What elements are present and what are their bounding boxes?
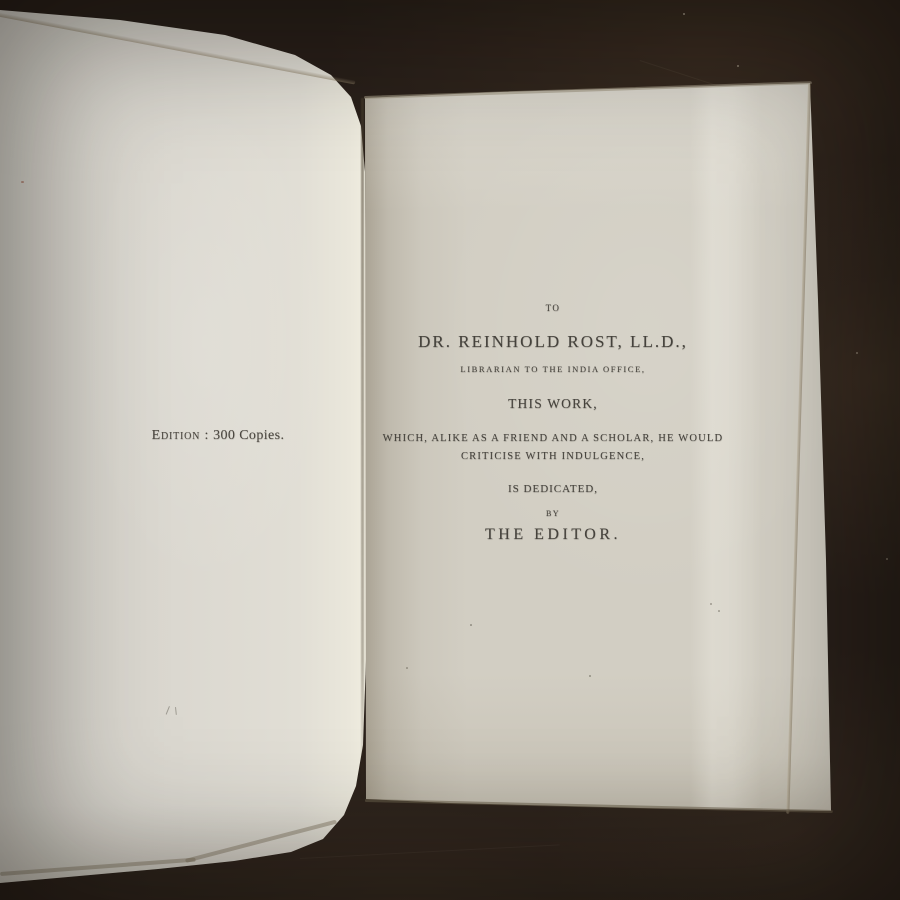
- dedication-by: BY: [353, 509, 753, 518]
- book-photo-scene: Edition : 300 Copies. TO DR. REINHOLD RO…: [0, 0, 900, 900]
- dedication-to: TO: [353, 303, 753, 313]
- dedication-dedicated: IS DEDICATED,: [353, 483, 753, 495]
- dedication-work: THIS WORK,: [353, 396, 753, 412]
- dedication-clause-line2: CRITICISE WITH INDULGENCE,: [353, 451, 753, 462]
- dedication-text-block: TO DR. REINHOLD ROST, LL.D., LIBRARIAN T…: [0, 0, 900, 900]
- dedicatee-name: DR. REINHOLD ROST, LL.D.,: [353, 332, 753, 352]
- dedication-clause-line1: WHICH, ALIKE AS A FRIEND AND A SCHOLAR, …: [353, 433, 753, 444]
- dedication-editor: THE EDITOR.: [353, 526, 753, 544]
- dedicatee-title: LIBRARIAN TO THE INDIA OFFICE,: [353, 364, 753, 374]
